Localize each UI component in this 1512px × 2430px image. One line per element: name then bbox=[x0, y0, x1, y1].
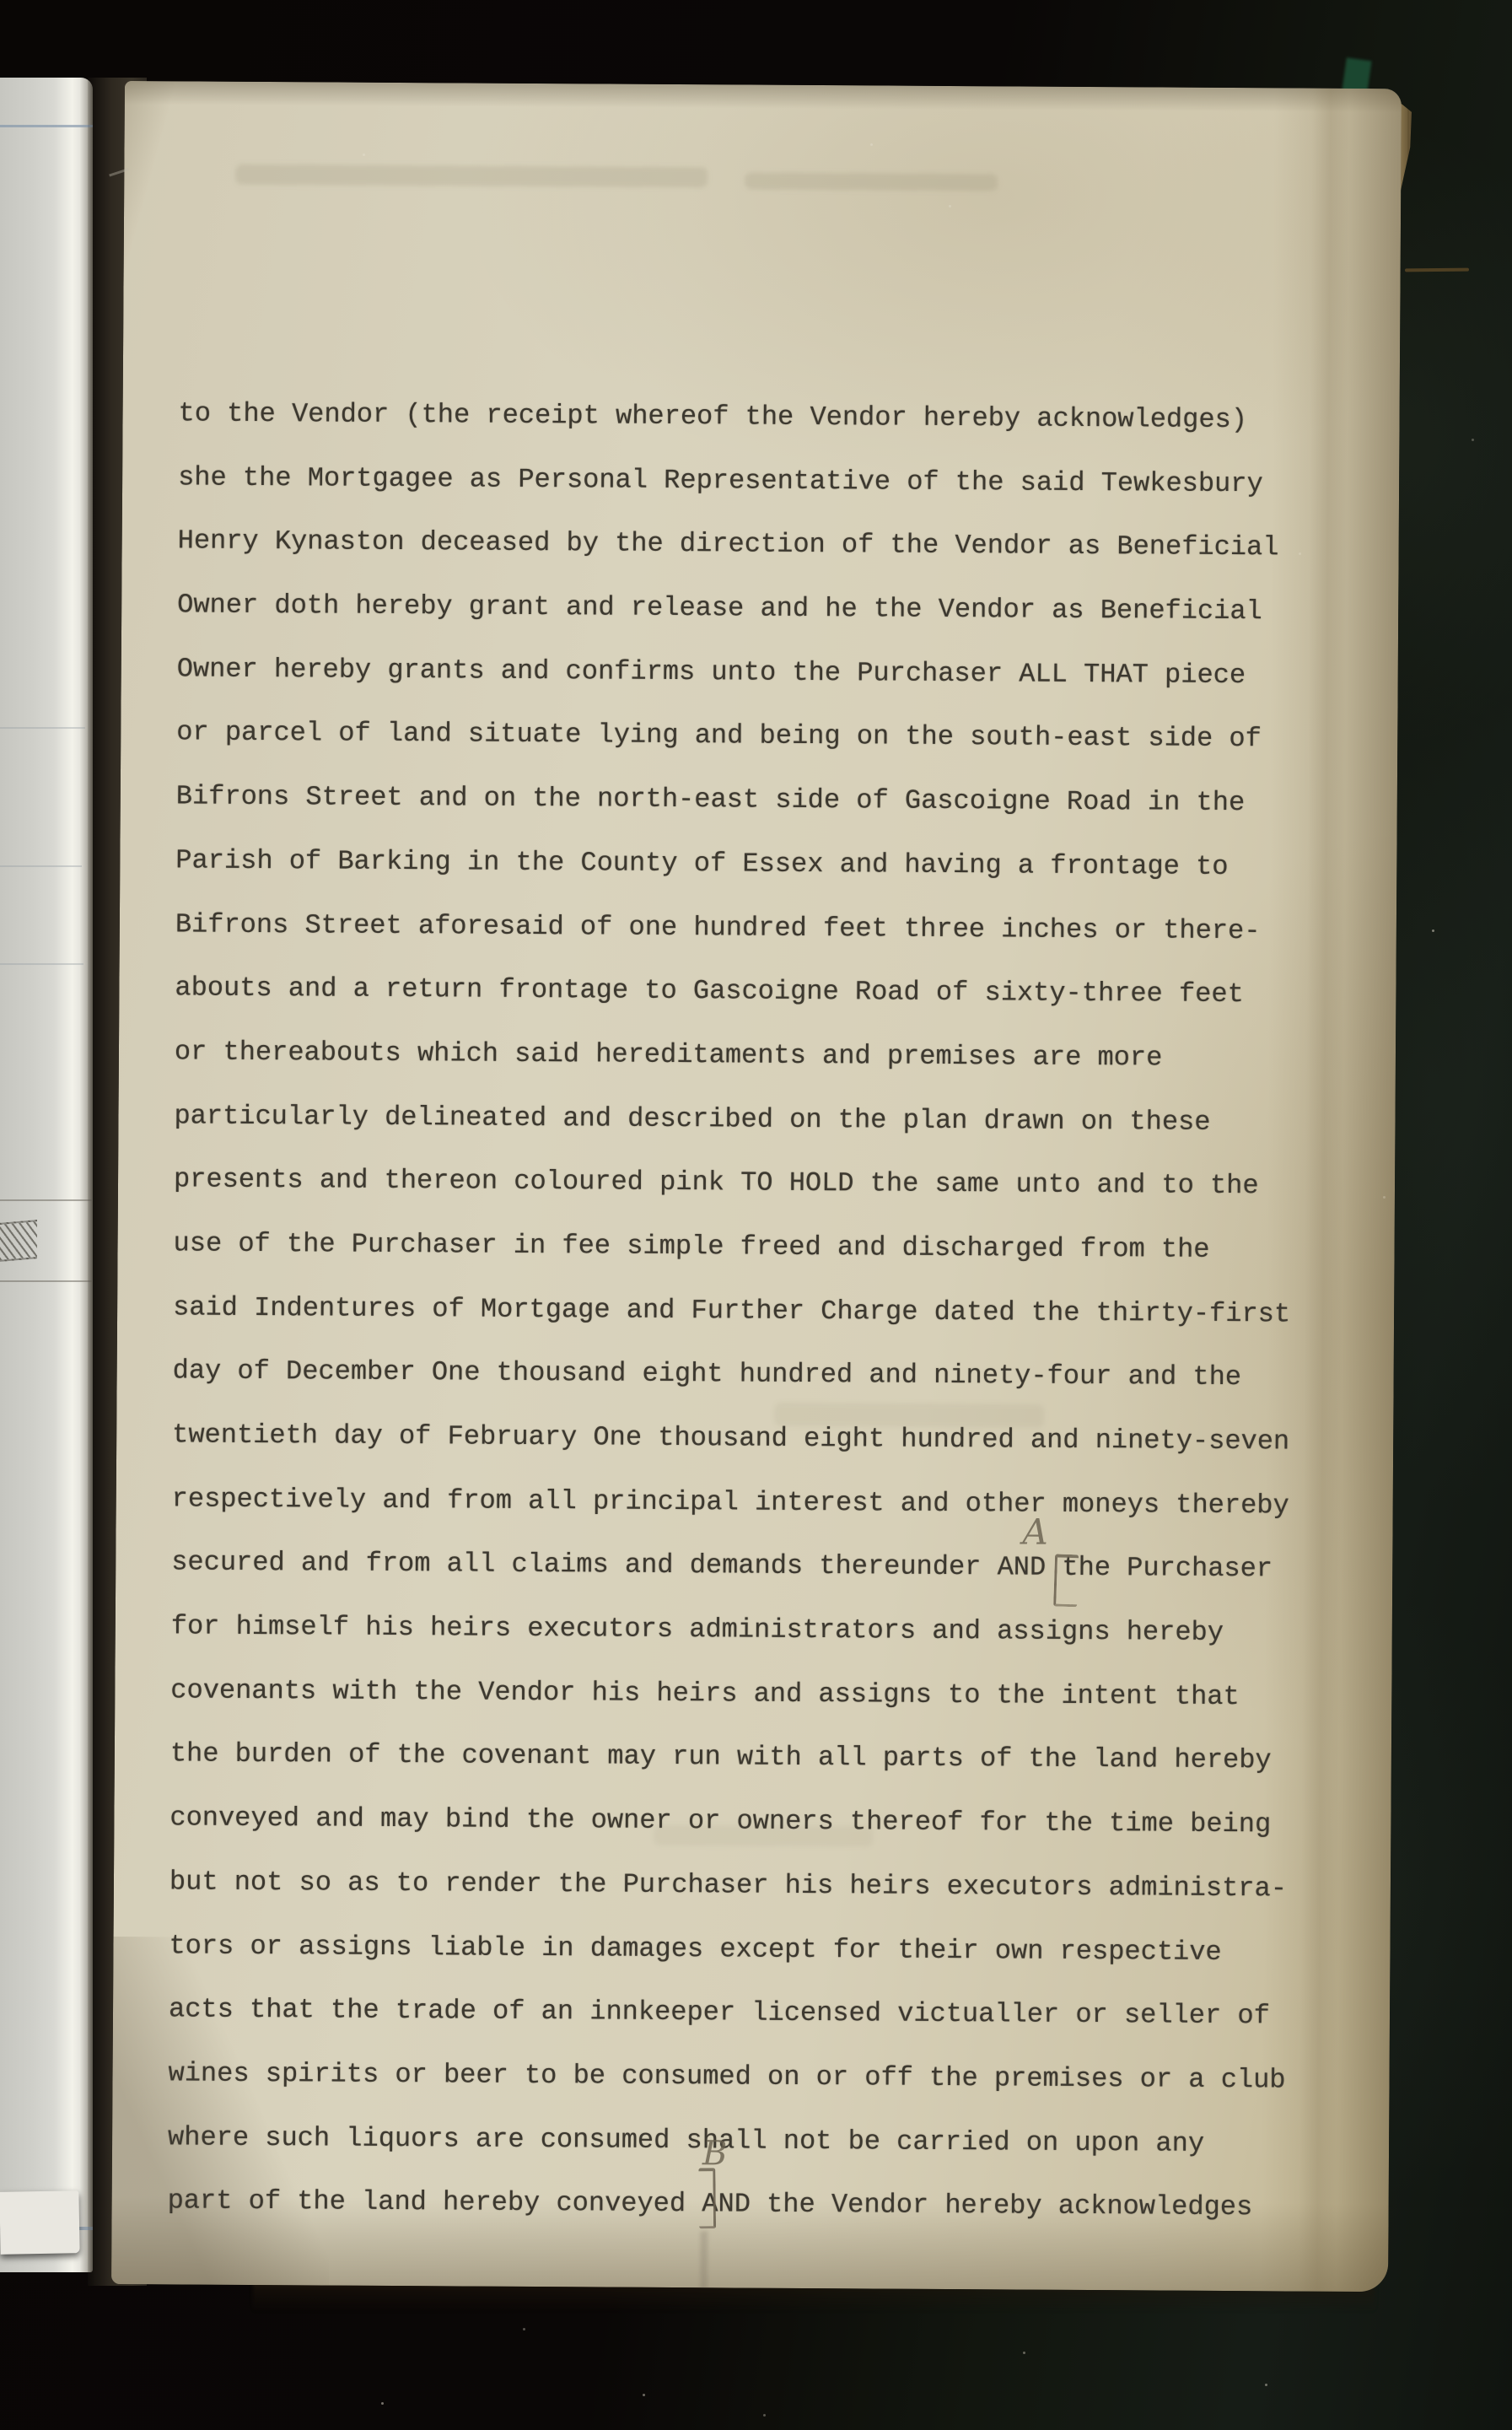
document-line: day of December One thousand eight hundr… bbox=[172, 1339, 1344, 1410]
document-line: covenants with the Vendor his heirs and … bbox=[170, 1658, 1343, 1729]
document-line: or thereabouts which said hereditaments … bbox=[175, 1020, 1347, 1091]
dust-speckles bbox=[0, 0, 3, 3]
document-line: abouts and a return frontage to Gascoign… bbox=[175, 956, 1347, 1027]
plan-pencil-line bbox=[0, 1199, 93, 1201]
document-line: tors or assigns liable in damages except… bbox=[169, 1914, 1341, 1985]
document-line: but not so as to render the Purchaser hi… bbox=[169, 1850, 1342, 1921]
pencil-smear bbox=[700, 2231, 708, 2292]
document-line: wines spirits or beer to be consumed on … bbox=[168, 2041, 1340, 2112]
faint-ruled-line bbox=[0, 963, 83, 965]
faint-ruled-line bbox=[0, 865, 82, 867]
show-through-mark bbox=[235, 164, 708, 187]
plan-hatch-mark bbox=[0, 1220, 37, 1262]
document-line: she the Mortgagee as Personal Representa… bbox=[178, 445, 1350, 516]
document-line: Owner doth hereby grant and release and … bbox=[177, 573, 1349, 644]
paper-slip bbox=[0, 2190, 80, 2255]
plan-pencil-line bbox=[0, 1280, 93, 1282]
document-line: conveyed and may bind the owner or owner… bbox=[169, 1786, 1342, 1856]
document-line: to the Vendor (the receipt whereof the V… bbox=[178, 381, 1350, 452]
document-line: for himself his heirs executors administ… bbox=[171, 1594, 1343, 1665]
document-line: Parish of Barking in the County of Essex… bbox=[175, 828, 1348, 899]
show-through-mark bbox=[745, 172, 998, 191]
document-line: respectively and from all principal inte… bbox=[172, 1467, 1344, 1538]
document-line: Henry Kynaston deceased by the direction… bbox=[177, 509, 1349, 580]
document-line: Bifrons Street and on the north-east sid… bbox=[176, 765, 1348, 836]
document-line: where such liquors are consumed shall no… bbox=[168, 2105, 1340, 2176]
adjacent-page-edge bbox=[0, 78, 93, 2272]
pencil-mark-a: A bbox=[1022, 1515, 1048, 1550]
document-line: part of the land hereby conveyed AND the… bbox=[167, 2169, 1339, 2240]
document-line: the burden of the covenant may run with … bbox=[170, 1722, 1343, 1793]
document-line: secured and from all claims and demands … bbox=[171, 1531, 1343, 1602]
typewritten-text: to the Vendor (the receipt whereof the V… bbox=[167, 381, 1350, 2239]
document-line: acts that the trade of an innkeeper lice… bbox=[169, 1978, 1341, 2049]
blue-ruled-line bbox=[0, 125, 93, 127]
document-line: particularly delineated and described on… bbox=[174, 1084, 1346, 1155]
pencil-bracket-close bbox=[698, 2168, 716, 2228]
document-line: said Indentures of Mortgage and Further … bbox=[173, 1275, 1345, 1346]
pencil-bracket-open bbox=[1053, 1554, 1079, 1607]
page: to the Vendor (the receipt whereof the V… bbox=[111, 81, 1402, 2292]
document-line: Bifrons Street aforesaid of one hundred … bbox=[175, 892, 1348, 963]
document-line: twentieth day of February One thousand e… bbox=[172, 1403, 1344, 1474]
faint-ruled-line bbox=[0, 727, 85, 729]
document-line: presents and thereon coloured pink TO HO… bbox=[174, 1148, 1346, 1219]
thread bbox=[1405, 268, 1469, 272]
book-scan: to the Vendor (the receipt whereof the V… bbox=[0, 0, 1512, 2430]
document-line: use of the Purchaser in fee simple freed… bbox=[173, 1211, 1345, 1282]
document-line: Owner hereby grants and confirms unto th… bbox=[177, 637, 1349, 708]
document-line: or parcel of land situate lying and bein… bbox=[176, 701, 1348, 772]
pencil-mark-b: B bbox=[702, 2136, 728, 2171]
